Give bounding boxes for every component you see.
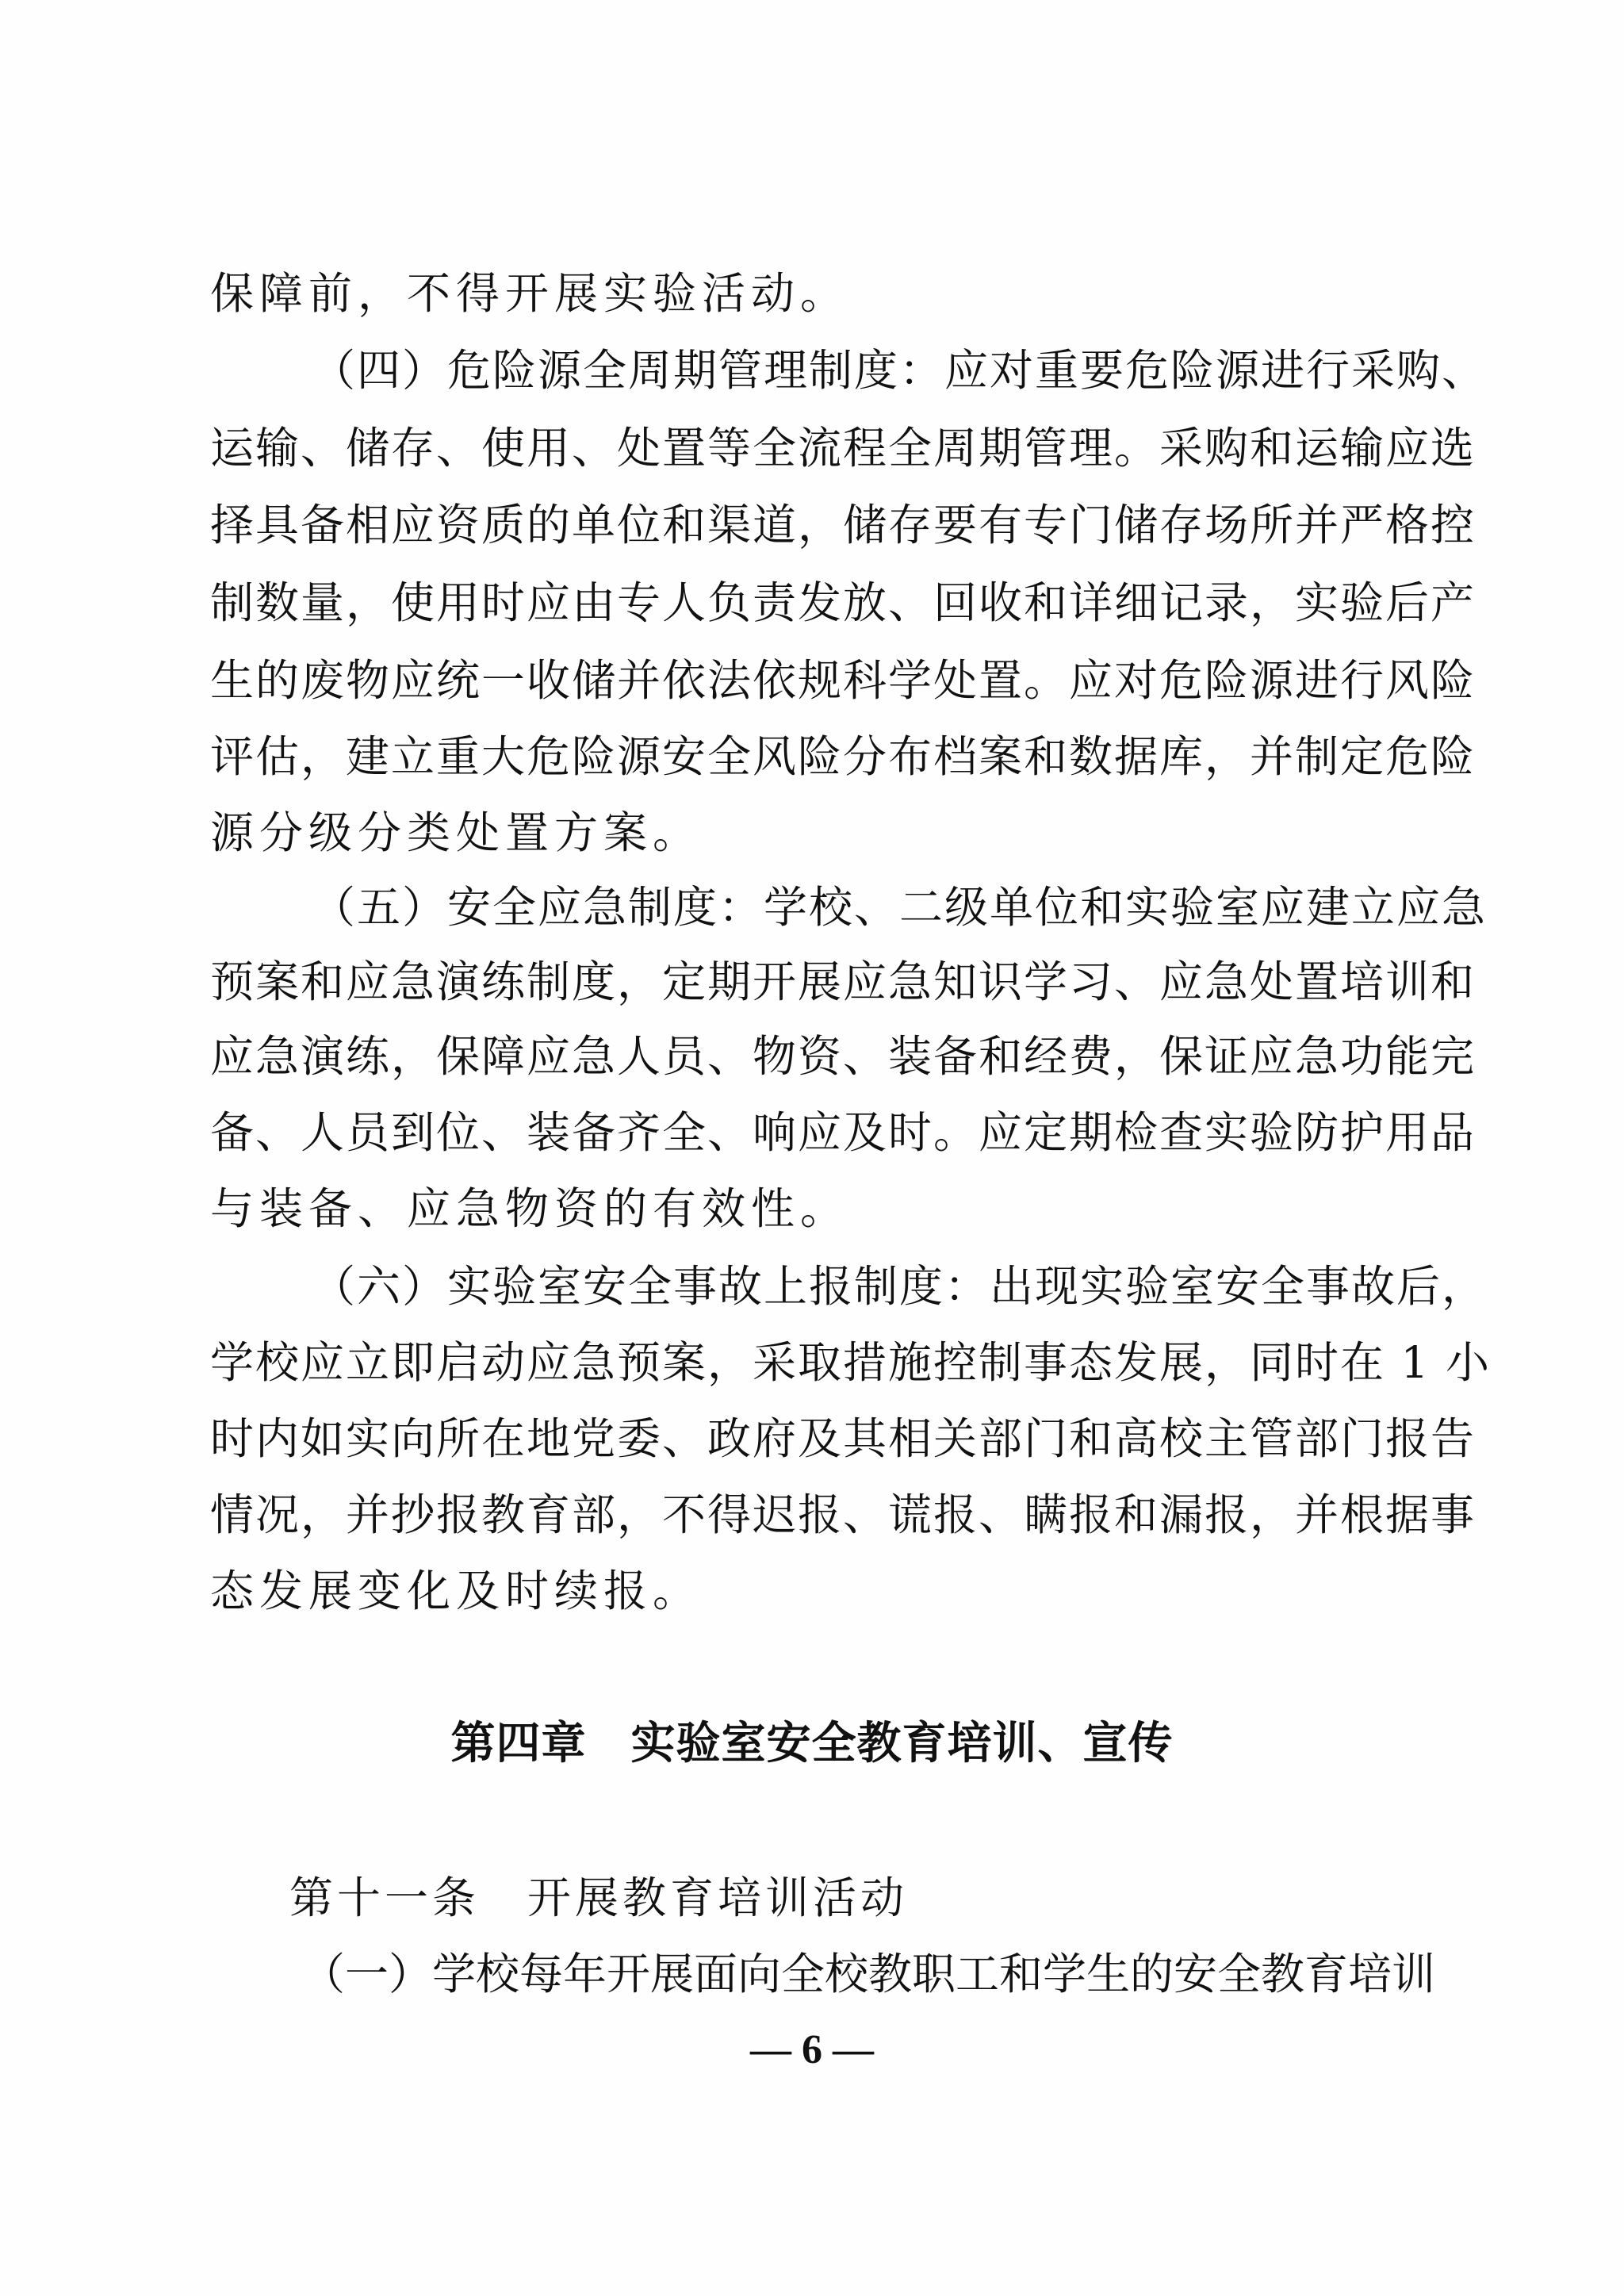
chapter-number: 第四章 <box>451 1718 587 1769</box>
text-line-item-five-heading: （五）安全应急制度：学校、二级单位和实验室应建立应急 <box>312 880 1417 935</box>
chapter-heading: 第四章实验室安全教育培训、宣传 <box>0 1715 1624 1773</box>
page-number: — 6 — <box>0 2026 1624 2074</box>
text-line: 源分级分类处置方案。 <box>210 805 1417 861</box>
text-line-item-six-heading: （六）实验室安全事故上报制度：出现实验室安全事故后， <box>312 1259 1417 1314</box>
article-title: 开展教育培训活动 <box>527 1872 908 1923</box>
text-line: 与装备、应急物资的有效性。 <box>210 1181 1417 1236</box>
text-line: 态发展变化及时续报。 <box>210 1563 1417 1619</box>
article-number: 第十一条 <box>289 1872 480 1923</box>
article-item-one-first-line: （一）学校每年开展面向全校教职工和学生的安全教育培训 <box>301 1946 1415 2002</box>
text-line: 生的废物应统一收储并依法依规科学处置。应对危险源进行风险 <box>210 653 1417 708</box>
text-line: 制数量，使用时应由专人负责发放、回收和详细记录，实验后产 <box>210 575 1417 631</box>
text-line: 学校应立即启动应急预案，采取措施控制事态发展，同时在 1 小 <box>210 1335 1417 1390</box>
text-line: 评估，建立重大危险源安全风险分布档案和数据库，并制定危险 <box>210 729 1417 784</box>
document-page: 保障前，不得开展实验活动。 （四）危险源全周期管理制度：应对重要危险源进行采购、… <box>0 0 1624 2296</box>
text-line: 应急演练，保障应急人员、物资、装备和经费，保证应急功能完 <box>210 1029 1417 1084</box>
article-heading: 第十一条开展教育培训活动 <box>289 1870 908 1926</box>
chapter-title: 实验室安全教育培训、宣传 <box>631 1718 1174 1769</box>
text-line: 保障前，不得开展实验活动。 <box>210 266 1417 321</box>
text-line: 情况，并抄报教育部，不得迟报、谎报、瞒报和漏报，并根据事 <box>210 1487 1417 1543</box>
text-line: 备、人员到位、装备齐全、响应及时。应定期检查实验防护用品 <box>210 1105 1417 1160</box>
text-line: 择具备相应资质的单位和渠道，储存要有专门储存场所并严格控 <box>210 497 1417 553</box>
text-line: 运输、储存、使用、处置等全流程全周期管理。采购和运输应选 <box>210 420 1417 476</box>
text-line: 时内如实向所在地党委、政府及其相关部门和高校主管部门报告 <box>210 1411 1417 1466</box>
text-line: 预案和应急演练制度，定期开展应急知识学习、应急处置培训和 <box>210 954 1417 1010</box>
text-line-item-four-heading: （四）危险源全周期管理制度：应对重要危险源进行采购、 <box>312 343 1417 398</box>
